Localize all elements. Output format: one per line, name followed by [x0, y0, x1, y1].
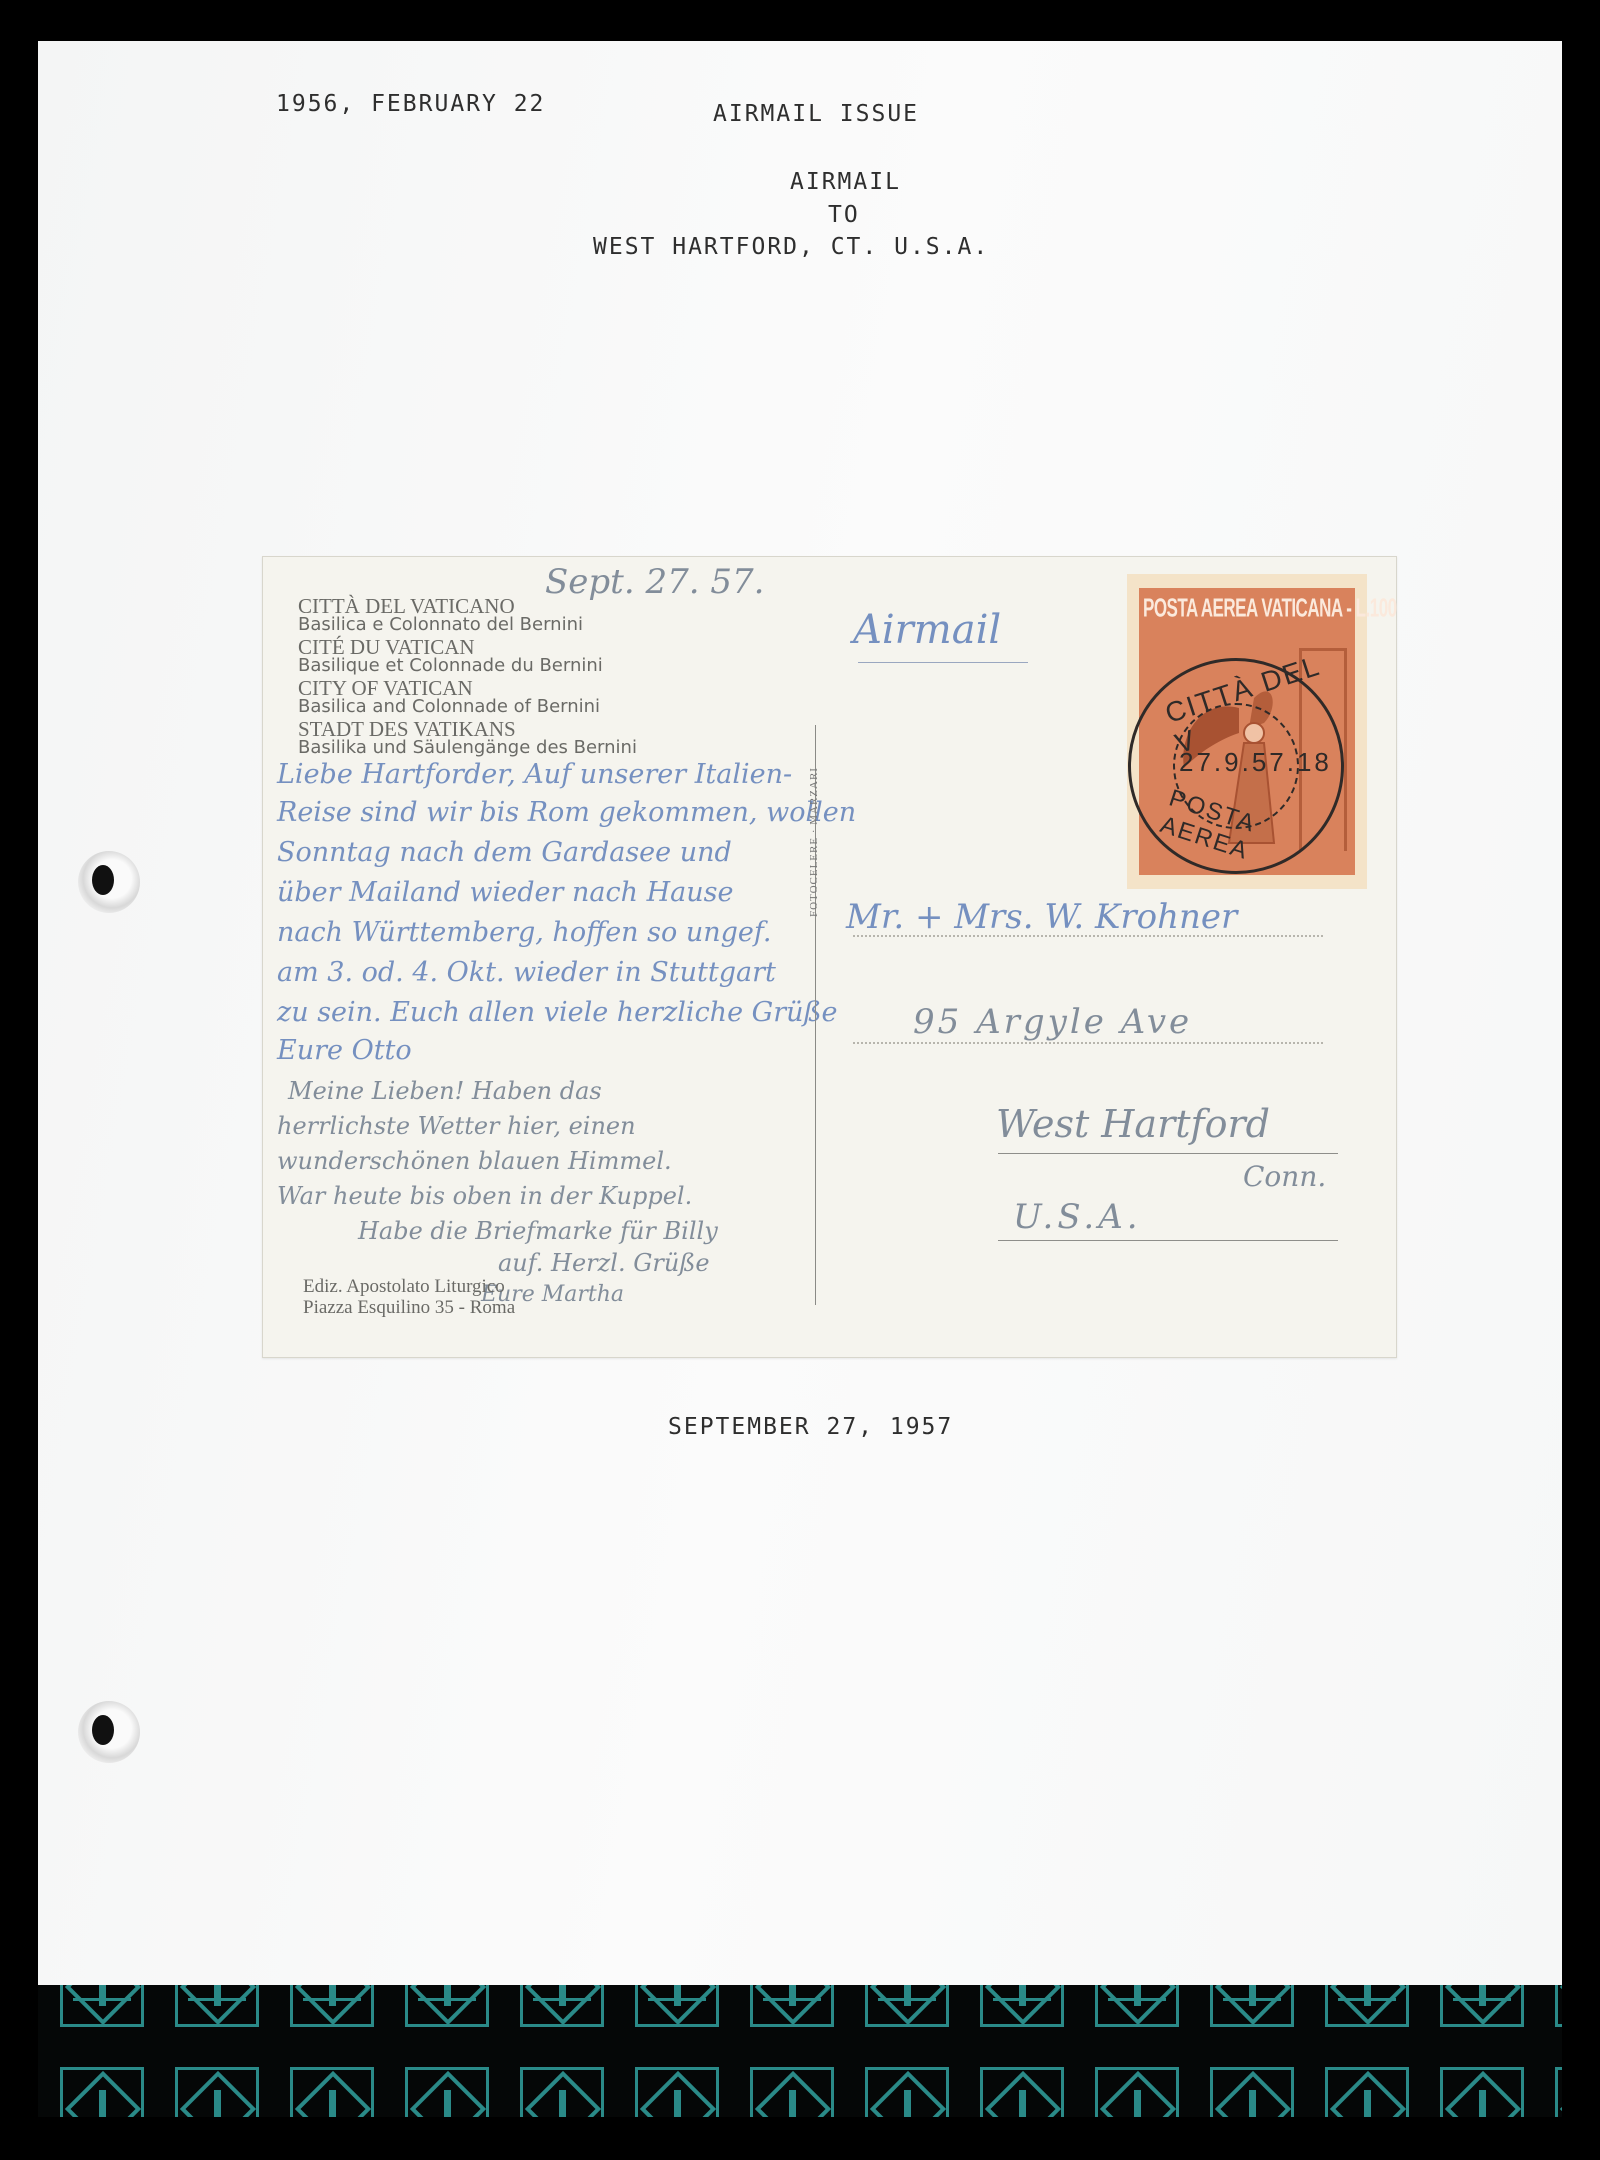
binder-ring-hole-lower [78, 1701, 140, 1763]
caption-subtitle: Basilique et Colonnade du Bernini [298, 657, 603, 675]
message-line: Liebe Hartforder, Auf unserer Italien- [277, 759, 792, 790]
pattern-tile-icon [1095, 1985, 1179, 2027]
address-name: Mr. + Mrs. W. Krohner [846, 897, 1237, 937]
pattern-tile-icon [980, 2067, 1064, 2117]
pattern-tile-icon [1325, 1985, 1409, 2027]
message-line: über Mailand wieder nach Hause [277, 877, 733, 908]
photo-credit: FOTOCELERE · MARZARI [808, 767, 820, 917]
route-line-destination: WEST HARTFORD, CT. U.S.A. [593, 234, 989, 260]
message-line: auf. Herzl. Grüße [498, 1249, 710, 1277]
message-line: Meine Lieben! Haben das [288, 1077, 602, 1105]
address-country: U.S.A. [1013, 1197, 1142, 1237]
pattern-tile-icon [290, 2067, 374, 2117]
address-city: West Hartford [996, 1102, 1270, 1146]
pattern-tile-icon [175, 1985, 259, 2027]
caption-subtitle: Basilica and Colonnade of Bernini [298, 698, 600, 716]
stamp-inscription: POSTA AEREA VATICANA - L.100 [1143, 594, 1351, 624]
pattern-tile-icon [1095, 2067, 1179, 2117]
issue-date: 1956, FEBRUARY 22 [276, 91, 545, 117]
pattern-tile-icon [1210, 1985, 1294, 2027]
pattern-tile-icon [635, 2067, 719, 2117]
pattern-tile-icon [175, 2067, 259, 2117]
postmark-date: 27.9.57.18 [1179, 747, 1332, 778]
message-line: am 3. od. 4. Okt. wieder in Stuttgart [277, 957, 776, 988]
caption-subtitle: Basilica e Colonnato del Bernini [298, 616, 583, 634]
pattern-tile-icon [1440, 1985, 1524, 2027]
caption-subtitle: Basilika und Säulengänge des Bernini [298, 739, 637, 757]
pattern-tile-icon [405, 1985, 489, 2027]
message-line: Sonntag nach dem Gardasee und [277, 837, 732, 868]
address-line-rule [998, 1153, 1338, 1154]
pattern-tile-icon [520, 2067, 604, 2117]
pattern-tile-icon [520, 1985, 604, 2027]
pattern-tile-icon [865, 2067, 949, 2117]
message-line: Eure Otto [277, 1035, 412, 1066]
pattern-tile-icon [635, 1985, 719, 2027]
issue-title: AIRMAIL ISSUE [713, 101, 919, 127]
binder-ring-hole-upper [78, 851, 140, 913]
pattern-tile-icon [750, 1985, 834, 2027]
pattern-tile-icon [750, 2067, 834, 2117]
handwritten-date: Sept. 27. 57. [545, 562, 764, 602]
message-line: nach Württemberg, hoffen so ungef. [277, 917, 772, 948]
message-line: herrlichste Wetter hier, einen [277, 1112, 636, 1140]
page-caption: SEPTEMBER 27, 1957 [668, 1414, 953, 1440]
message-line: War heute bis oben in der Kuppel. [277, 1182, 692, 1210]
message-line: Habe die Briefmarke für Billy [358, 1217, 718, 1245]
pattern-tile-icon [1325, 2067, 1409, 2117]
pattern-tile-icon [1555, 1985, 1562, 2027]
route-line-to: TO [828, 202, 860, 228]
address-state: Conn. [1243, 1160, 1326, 1193]
pattern-tile-icon [60, 1985, 144, 2027]
handwritten-airmail: Airmail [853, 607, 1001, 653]
message-line: Reise sind wir bis Rom gekommen, wollen [277, 797, 856, 828]
postmark-cancel: CITTÀ DEL V 27.9.57.18 POSTA AEREA [1128, 658, 1344, 874]
pattern-tile-icon [865, 1985, 949, 2027]
message-line: wunderschönen blauen Himmel. [277, 1147, 672, 1175]
airmail-underline [858, 662, 1028, 663]
address-line-rule [853, 935, 1323, 937]
hole-icon [92, 865, 114, 895]
address-line-rule [853, 1042, 1323, 1044]
hole-icon [92, 1715, 114, 1745]
pattern-tile-icon [1555, 2067, 1562, 2117]
patterned-interleaf-strip [38, 1985, 1562, 2117]
message-line: zu sein. Euch allen viele herzliche Grüß… [277, 997, 838, 1028]
pattern-tile-icon [1210, 2067, 1294, 2117]
publisher-line: Ediz. Apostolato Liturgico [303, 1277, 505, 1296]
address-line-rule [998, 1240, 1338, 1241]
pattern-tile-icon [1440, 2067, 1524, 2117]
address-street: 95 Argyle Ave [913, 1002, 1192, 1042]
route-line-airmail: AIRMAIL [790, 169, 901, 195]
pattern-tile-icon [60, 2067, 144, 2117]
pattern-tile-icon [290, 1985, 374, 2027]
pattern-tile-icon [405, 2067, 489, 2117]
pattern-tile-icon [980, 1985, 1064, 2027]
publisher-line: Piazza Esquilino 35 - Roma [303, 1298, 515, 1317]
